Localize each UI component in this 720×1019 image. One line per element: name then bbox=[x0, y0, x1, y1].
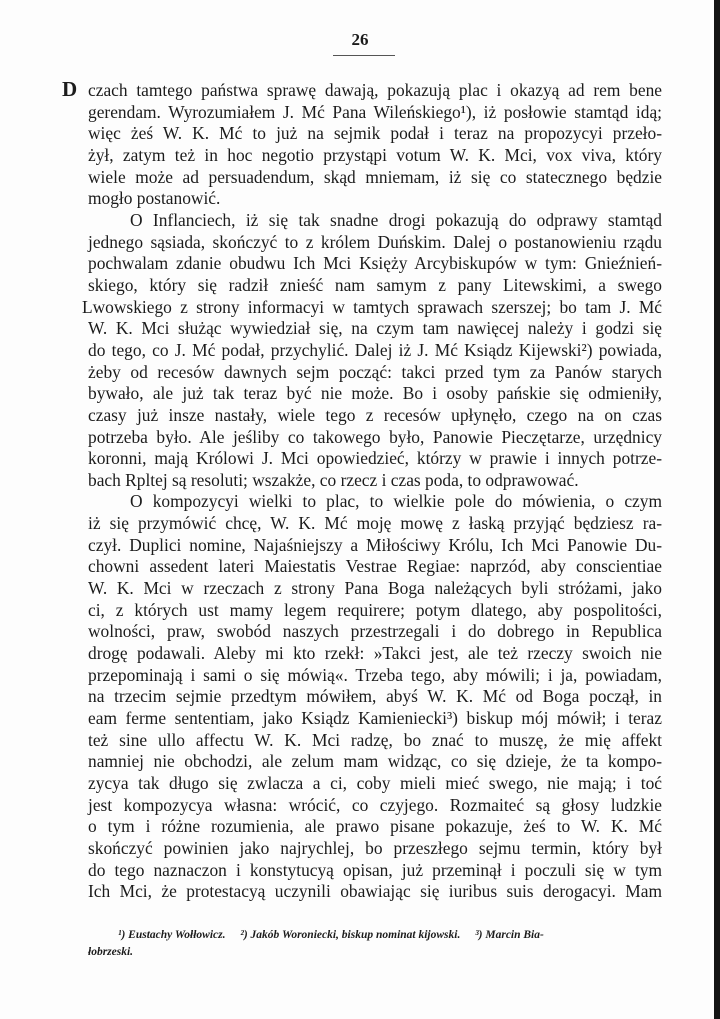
text-line: Ich Mci, że protestacyą uczynili obawiaj… bbox=[88, 881, 662, 903]
text-line: też sine ullo affectu W. K. Mci radzę, b… bbox=[88, 730, 662, 752]
text-line: wolności, praw, swobód naszych przestrze… bbox=[88, 621, 662, 643]
text-line: O Inflanciech, iż się tak snadne drogi p… bbox=[88, 210, 662, 232]
footnote-continuation: łobrzeski. bbox=[88, 944, 664, 961]
text-line: żył, zatym też in hoc negotio przystąpi … bbox=[88, 145, 662, 167]
text-line: eam ferme sententiam, jako Ksiądz Kamien… bbox=[88, 708, 662, 730]
text-line: drogę podawali. Aleby mi kto rzekł: »Tak… bbox=[88, 643, 662, 665]
footnote-3: ³) Marcin Bia- bbox=[475, 929, 544, 941]
text-line: wiele może ad persuadendum, skąd mniemam… bbox=[88, 167, 662, 189]
text-line: iż się przymówić chcę, W. K. Mć moję mow… bbox=[88, 513, 662, 535]
text-line: potrzeba było. Ale jeśliby co takowego b… bbox=[88, 427, 662, 449]
text-line: namniej nie obchodzi, ale zelum mam widz… bbox=[88, 751, 662, 773]
text-line: pochwalam zdanie obudwu Ich Mci Księży A… bbox=[88, 253, 662, 275]
text-line: skiego, który się radził znieść nam samy… bbox=[88, 275, 662, 297]
text-line: przepominają i sami o się mówią«. Trzeba… bbox=[88, 665, 662, 687]
text-line: chowni assedent lateri Maiestatis Vestra… bbox=[88, 556, 662, 578]
text-line: więc żeś W. K. Mć to już na sejmik podał… bbox=[88, 123, 662, 145]
text-line: czył. Duplici nomine, Najaśniejszy a Mił… bbox=[88, 535, 662, 557]
footnotes: ¹) Eustachy Wołłowicz. ²) Jakób Woroniec… bbox=[90, 927, 664, 961]
text-line: bywało, ale już tak teraz być nie może. … bbox=[88, 383, 662, 405]
drop-cap: D bbox=[62, 79, 77, 100]
text-line: zycya tak długo się zwlacza a ci, coby m… bbox=[88, 773, 662, 795]
text-line: mogło postanowić. bbox=[88, 188, 662, 210]
text-line: czach tamtego państwa sprawę dawają, pok… bbox=[88, 80, 662, 102]
text-line: skończyć powinien jako najrychlej, bo pr… bbox=[88, 838, 662, 860]
text-line: W. K. Mci służąc wywiedział się, na czym… bbox=[88, 318, 662, 340]
text-line: jest kompozycya własna: wrócić, co czyje… bbox=[88, 795, 662, 817]
text-line: do tego, co J. Mć podał, przychylić. Dal… bbox=[88, 340, 662, 362]
page-number: 26 bbox=[330, 30, 390, 50]
body-text: czach tamtego państwa sprawę dawają, pok… bbox=[88, 80, 662, 903]
text-line: O kompozycyi wielki to plac, to wielkie … bbox=[88, 491, 662, 513]
text-line: ci, z których ust mamy legem requirere; … bbox=[88, 600, 662, 622]
text-line: żeby od recesów dawnych sejm począć: tak… bbox=[88, 362, 662, 384]
footnote-2: ²) Jakób Woroniecki, biskup nominat kijo… bbox=[240, 929, 460, 941]
footnote-line: ¹) Eustachy Wołłowicz. ²) Jakób Woroniec… bbox=[90, 927, 664, 944]
footnote-1: ¹) Eustachy Wołłowicz. bbox=[118, 929, 226, 941]
text-line: na trzecim sejmie przedtym mówiłem, abyś… bbox=[88, 686, 662, 708]
page-number-rule bbox=[333, 55, 395, 56]
text-line: Lwowskiego z strony informacyi w tamtych… bbox=[82, 297, 662, 319]
text-line: koronni, mają Królowi J. Mci opowiedzieć… bbox=[88, 448, 662, 470]
text-line: bach Rpltej są resoluti; wszakże, co rze… bbox=[88, 470, 662, 492]
text-line: jednego sąsiada, skończyć to z królem Du… bbox=[88, 232, 662, 254]
text-line: o tym i różne rozumienia, ale prawo pisa… bbox=[88, 816, 662, 838]
text-line: gerendam. Wyrozumiałem J. Mć Pana Wileńs… bbox=[88, 102, 662, 124]
text-line: W. K. Mci w rzeczach z strony Pana Boga … bbox=[88, 578, 662, 600]
scan-edge-strip bbox=[714, 0, 720, 1019]
text-line: czasy już insze nastały, wiele tego z re… bbox=[88, 405, 662, 427]
text-line: do tego naznaczon i konstytucyą opisan, … bbox=[88, 860, 662, 882]
